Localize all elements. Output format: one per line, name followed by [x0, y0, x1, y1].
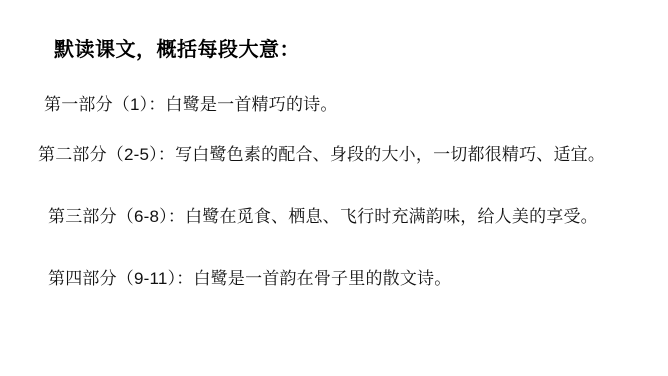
slide-title: 默读课文，概括每段大意： — [54, 33, 300, 62]
section-summary-part-4: 第四部分（9-11）：白鹭是一首韵在骨子里的散文诗。 — [48, 264, 451, 289]
section-summary-part-1: 第一部分（1）：白鹭是一首精巧的诗。 — [44, 90, 338, 115]
section-summary-part-3: 第三部分（6-8）：白鹭在觅食、栖息、飞行时充满韵味，给人美的享受。 — [48, 202, 598, 227]
presentation-slide: 默读课文，概括每段大意： 第一部分（1）：白鹭是一首精巧的诗。 第二部分（2-5… — [0, 0, 668, 376]
section-summary-part-2: 第二部分（2-5）：写白鹭色素的配合、身段的大小，一切都很精巧、适宜。 — [38, 140, 605, 165]
